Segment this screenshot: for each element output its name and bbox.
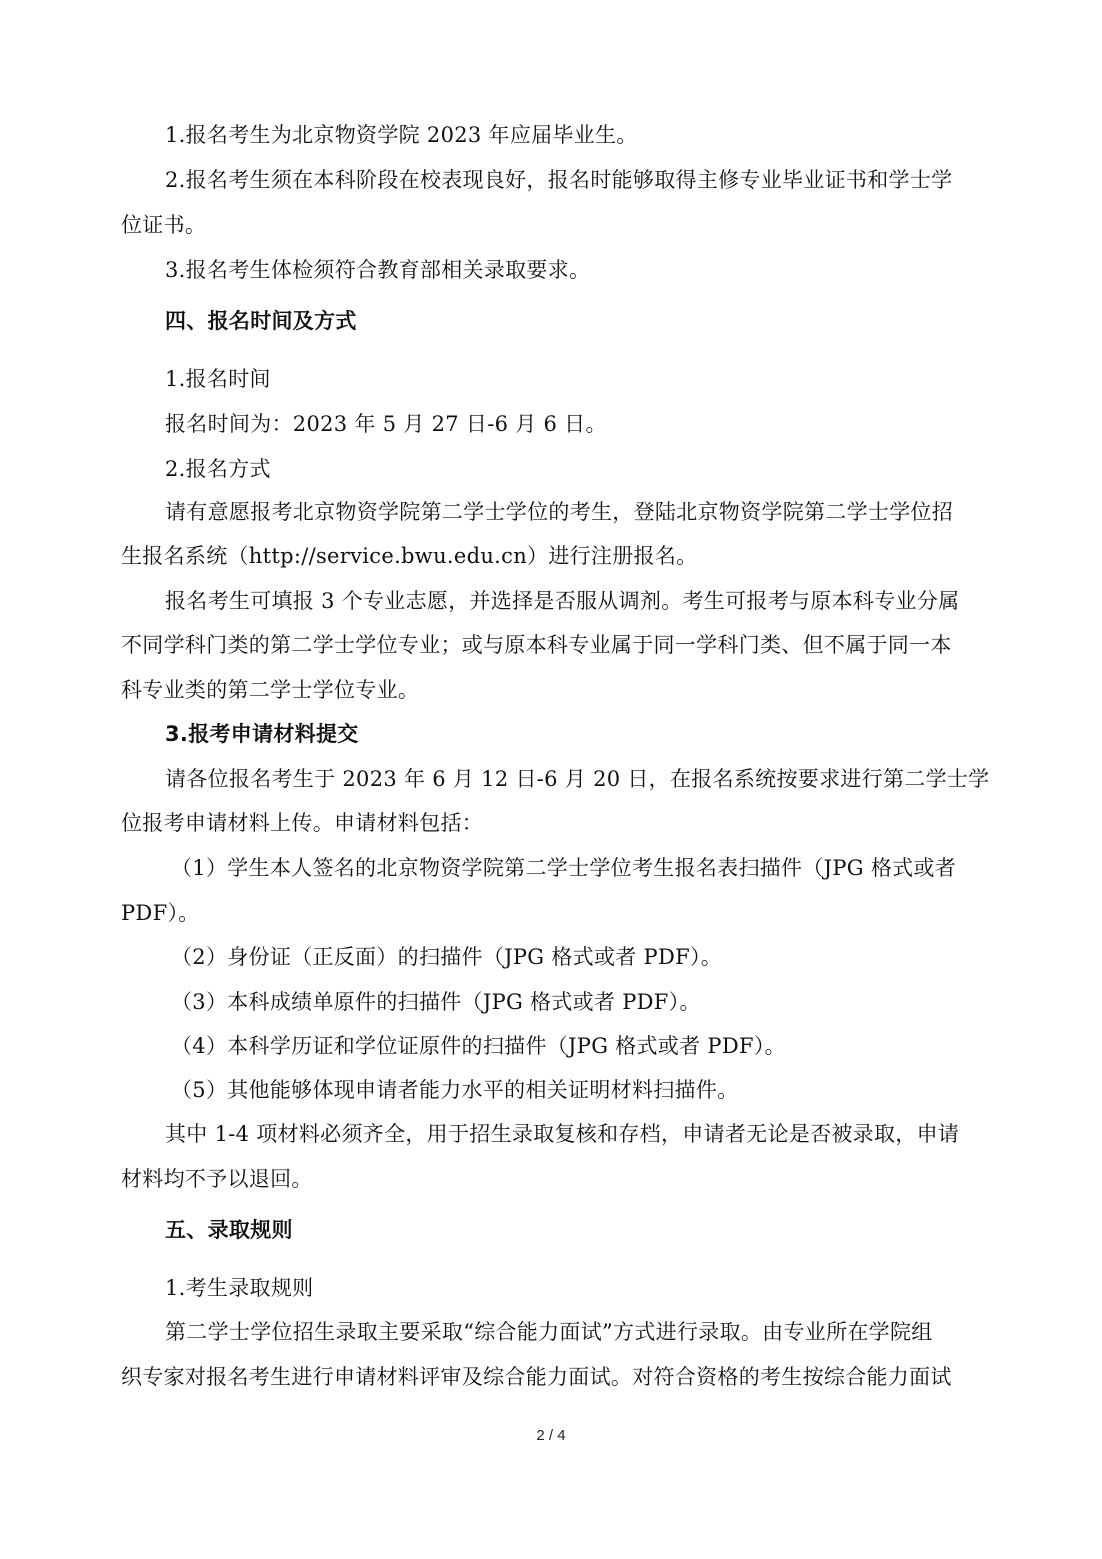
paragraph-materials-intro: 请各位报名考生于 2023 年 6 月 12 日-6 月 20 日，在报名系统按… bbox=[165, 764, 989, 794]
list-item-material-1-cont: PDF）。 bbox=[121, 898, 200, 928]
list-item-material-4: （4）本科学历证和学位证原件的扫描件（JPG 格式或者 PDF）。 bbox=[171, 1031, 786, 1061]
list-item-material-2: （2）身份证（正反面）的扫描件（JPG 格式或者 PDF）。 bbox=[171, 942, 722, 972]
paragraph-registration-time: 报名时间为：2023 年 5 月 27 日-6 月 6 日。 bbox=[165, 409, 607, 439]
section-heading-registration: 四、报名时间及方式 bbox=[165, 306, 357, 336]
subheading-registration-time: 1.报名时间 bbox=[165, 364, 271, 394]
page-number: 2 / 4 bbox=[0, 1427, 1102, 1444]
list-item-material-1: （1）学生本人签名的北京物资学院第二学士学位考生报名表扫描件（JPG 格式或者 bbox=[171, 853, 956, 883]
list-item-material-5: （5）其他能够体现申请者能力水平的相关证明材料扫描件。 bbox=[171, 1075, 738, 1105]
paragraph-requirement-3: 3.报名考生体检须符合教育部相关录取要求。 bbox=[165, 255, 590, 285]
paragraph-requirement-2: 2.报名考生须在本科阶段在校表现良好，报名时能够取得主修专业毕业证书和学士学 bbox=[165, 165, 952, 195]
paragraph-admission-rules-cont: 织专家对报名考生进行申请材料评审及综合能力面试。对符合资格的考生按综合能力面试 bbox=[121, 1362, 952, 1392]
list-item-material-3: （3）本科成绩单原件的扫描件（JPG 格式或者 PDF）。 bbox=[171, 987, 701, 1017]
subheading-admission-rules: 1.考生录取规则 bbox=[165, 1273, 313, 1303]
paragraph-major-choices-cont-2: 科专业类的第二学士学位专业。 bbox=[121, 675, 419, 705]
paragraph-materials-intro-cont: 位报考申请材料上传。申请材料包括： bbox=[121, 808, 483, 838]
paragraph-materials-note-cont: 材料均不予以退回。 bbox=[121, 1164, 313, 1194]
paragraph-registration-method-cont: 生报名系统（http://service.bwu.edu.cn）进行注册报名。 bbox=[121, 541, 697, 571]
subheading-materials-submission: 3.报考申请材料提交 bbox=[165, 719, 359, 749]
section-heading-admission-rules: 五、录取规则 bbox=[165, 1215, 293, 1245]
paragraph-major-choices-cont-1: 不同学科门类的第二学士学位专业；或与原本科专业属于同一学科门类、但不属于同一本 bbox=[121, 630, 952, 660]
paragraph-materials-note: 其中 1-4 项材料必须齐全，用于招生录取复核和存档，申请者无论是否被录取，申请 bbox=[165, 1119, 959, 1149]
paragraph-admission-rules: 第二学士学位招生录取主要采取“综合能力面试”方式进行录取。由专业所在学院组 bbox=[165, 1317, 933, 1347]
paragraph-requirement-2-cont: 位证书。 bbox=[121, 210, 206, 240]
paragraph-major-choices: 报名考生可填报 3 个专业志愿，并选择是否服从调剂。考生可报考与原本科专业分属 bbox=[165, 586, 959, 616]
subheading-registration-method: 2.报名方式 bbox=[165, 454, 271, 484]
paragraph-requirement-1: 1.报名考生为北京物资学院 2023 年应届毕业生。 bbox=[165, 120, 638, 150]
paragraph-registration-method: 请有意愿报考北京物资学院第二学士学位的考生，登陆北京物资学院第二学士学位招 bbox=[165, 497, 953, 527]
